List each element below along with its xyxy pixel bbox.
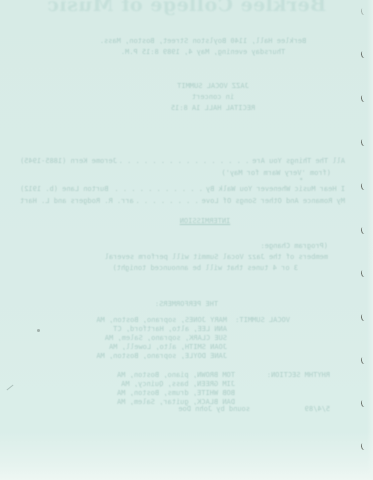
performer-name: ANN LEE, alto, Hartford, CT bbox=[96, 325, 227, 334]
performer-name: MARY JONES, soprano, Boston, MA bbox=[96, 316, 227, 325]
piece-title: My Romance And Other Songs Of Love bbox=[202, 197, 345, 206]
performer-name: BOB WHITE, drums, Boston, MA bbox=[117, 389, 235, 398]
program-row: My Romance And Other Songs Of Love . . .… bbox=[20, 197, 345, 206]
piece-title: I Hear Music Whenever You Walk By bbox=[206, 185, 345, 194]
performer-name: JOAN SMITH, alto, Lowell, MA bbox=[96, 343, 227, 352]
performer-name: TOM BROWN, piano, Boston, MA bbox=[117, 371, 235, 380]
scanned-program-page: Berklee College of Music Berklee Hall, 1… bbox=[0, 0, 373, 480]
dot-leader: . . . . . . . . . . . . . . . bbox=[112, 185, 203, 194]
paper-edge-highlight bbox=[367, 0, 373, 480]
masthead-logo: Berklee College of Music bbox=[0, 1, 373, 10]
bleed-through-layer: Berklee College of Music Berklee Hall, 1… bbox=[0, 0, 373, 480]
note-line-2: members of the Jazz Vocal Summit will pe… bbox=[105, 253, 328, 262]
footer-credit: sound by John Doe bbox=[178, 405, 250, 414]
program-title-line-1: JAZZ VOCAL SUMMIT bbox=[53, 82, 373, 91]
program-row: I Hear Music Whenever You Walk By . . . … bbox=[20, 185, 345, 194]
dot-leader: . . . . . . . . . . bbox=[137, 197, 199, 206]
separator-asterisk: * bbox=[299, 176, 303, 185]
rhythm-group-label: RHYTHM SECTION: bbox=[267, 371, 330, 380]
rhythm-group-names: TOM BROWN, piano, Boston, MA JIM GREEN, … bbox=[117, 371, 235, 407]
performer-name: JIM GREEN, bass, Quincy, MA bbox=[117, 380, 235, 389]
composer-name: Burton Lane (b. 1912) bbox=[20, 185, 109, 194]
piece-subtitle: (from 'Very Warm for May') bbox=[221, 169, 331, 178]
note-line-1: (Program Change: bbox=[261, 242, 328, 251]
dot-leader: . . . . . . . . . . . . . . . . . . . . bbox=[120, 157, 249, 166]
vocal-group-label: VOCAL SUMMIT: bbox=[235, 316, 290, 325]
composer-name: Jerome Kern (1885-1945) bbox=[20, 157, 117, 166]
ink-speck bbox=[37, 329, 40, 332]
intermission-heading: INTERMISSION bbox=[37, 217, 373, 226]
address-line-1: Berklee Hall, 1140 Boylston Street, Bost… bbox=[33, 37, 373, 46]
performers-heading: THE PERFORMERS: bbox=[0, 300, 373, 309]
footer-date: 5/4/89 bbox=[305, 405, 330, 414]
piece-title: All The Things You Are bbox=[252, 157, 345, 166]
performer-name: SUE CLARK, soprano, Salem, MA bbox=[96, 334, 227, 343]
vocal-group-names: MARY JONES, soprano, Boston, MA ANN LEE,… bbox=[96, 316, 227, 361]
composer-name: arr. R. Rodgers and L. Hart bbox=[20, 197, 134, 206]
program-row: All The Things You Are . . . . . . . . .… bbox=[20, 157, 345, 166]
program-title-line-2: in concert bbox=[53, 93, 373, 102]
program-title-line-3: RECITAL HALL 1A 8:15 bbox=[53, 104, 373, 113]
address-line-2: Thursday evening, May 4, 1989 8:15 P.M. bbox=[33, 48, 373, 57]
performer-name: JANE DOYLE, soprano, Boston, MA bbox=[96, 352, 227, 361]
note-line-3: 3 or 4 tunes that will be announced toni… bbox=[113, 264, 298, 273]
